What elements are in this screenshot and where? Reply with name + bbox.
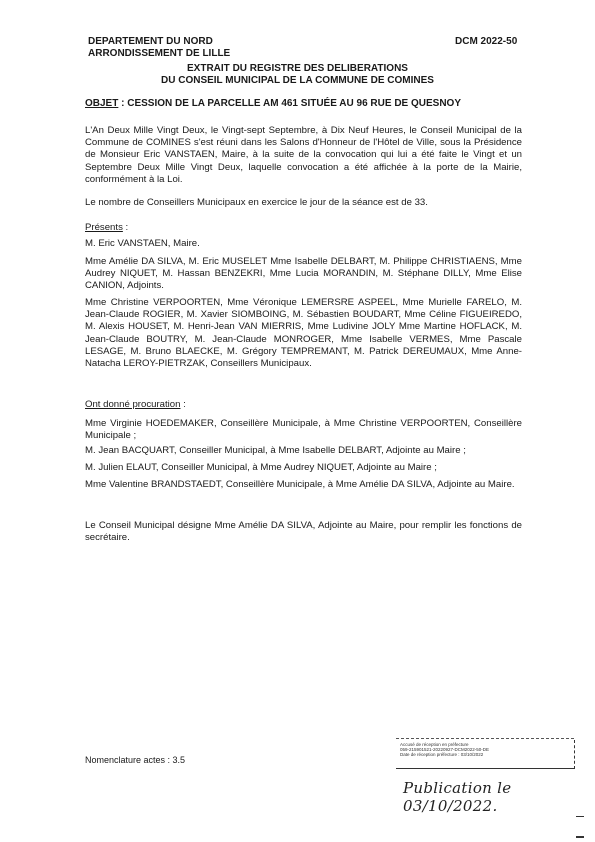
stamp-line: Date de réception préfecture : 03/10/202… bbox=[400, 752, 489, 757]
procuration-item: M. Julien ELAUT, Conseiller Municipal, à… bbox=[85, 462, 522, 474]
prefecture-stamp-text: Accusé de réception en préfecture 059-21… bbox=[400, 742, 489, 758]
header-administration: DEPARTEMENT DU NORD ARRONDISSEMENT DE LI… bbox=[88, 36, 230, 60]
departement: DEPARTEMENT DU NORD bbox=[88, 36, 230, 48]
secretaire-paragraph: Le Conseil Municipal désigne Mme Amélie … bbox=[85, 520, 522, 544]
handwritten-publication-note: Publication le 03/10/2022. bbox=[403, 779, 595, 815]
conseillers-list: Mme Christine VERPOORTEN, Mme Véronique … bbox=[85, 297, 522, 370]
objet-label: OBJET bbox=[85, 98, 118, 109]
convocation-paragraph: L'An Deux Mille Vingt Deux, le Vingt-sep… bbox=[85, 125, 522, 186]
presents-label-suffix: : bbox=[123, 222, 128, 233]
procuration-item: Mme Virginie HOEDEMAKER, Conseillère Mun… bbox=[85, 418, 522, 442]
presents-heading: Présents : bbox=[85, 222, 128, 233]
stamp-top-border bbox=[396, 738, 574, 739]
scan-mark bbox=[576, 816, 584, 817]
document-title: EXTRAIT DU REGISTRE DES DELIBERATIONS DU… bbox=[0, 63, 595, 87]
procurations-label: Ont donné procuration bbox=[85, 399, 180, 410]
title-line-1: EXTRAIT DU REGISTRE DES DELIBERATIONS bbox=[0, 63, 595, 75]
quorum-paragraph: Le nombre de Conseillers Municipaux en e… bbox=[85, 197, 522, 209]
procuration-item: M. Jean BACQUART, Conseiller Municipal, … bbox=[85, 445, 522, 457]
procurations-label-suffix: : bbox=[180, 399, 185, 410]
nomenclature: Nomenclature actes : 3.5 bbox=[85, 755, 185, 765]
deliberation-reference: DCM 2022-50 bbox=[455, 36, 517, 47]
arrondissement: ARRONDISSEMENT DE LILLE bbox=[88, 48, 230, 60]
procuration-item: Mme Valentine BRANDSTAEDT, Conseillère M… bbox=[85, 479, 522, 491]
objet-line: OBJET : CESSION DE LA PARCELLE AM 461 SI… bbox=[85, 98, 461, 109]
title-line-2: DU CONSEIL MUNICIPAL DE LA COMMUNE DE CO… bbox=[0, 75, 595, 87]
objet-text: : CESSION DE LA PARCELLE AM 461 SITUÉE A… bbox=[118, 98, 461, 109]
presents-label: Présents bbox=[85, 222, 123, 233]
maire-line: M. Eric VANSTAEN, Maire. bbox=[85, 238, 200, 249]
scan-mark bbox=[576, 836, 584, 838]
adjoints-list: Mme Amélie DA SILVA, M. Eric MUSELET Mme… bbox=[85, 256, 522, 293]
procurations-heading: Ont donné procuration : bbox=[85, 399, 186, 410]
